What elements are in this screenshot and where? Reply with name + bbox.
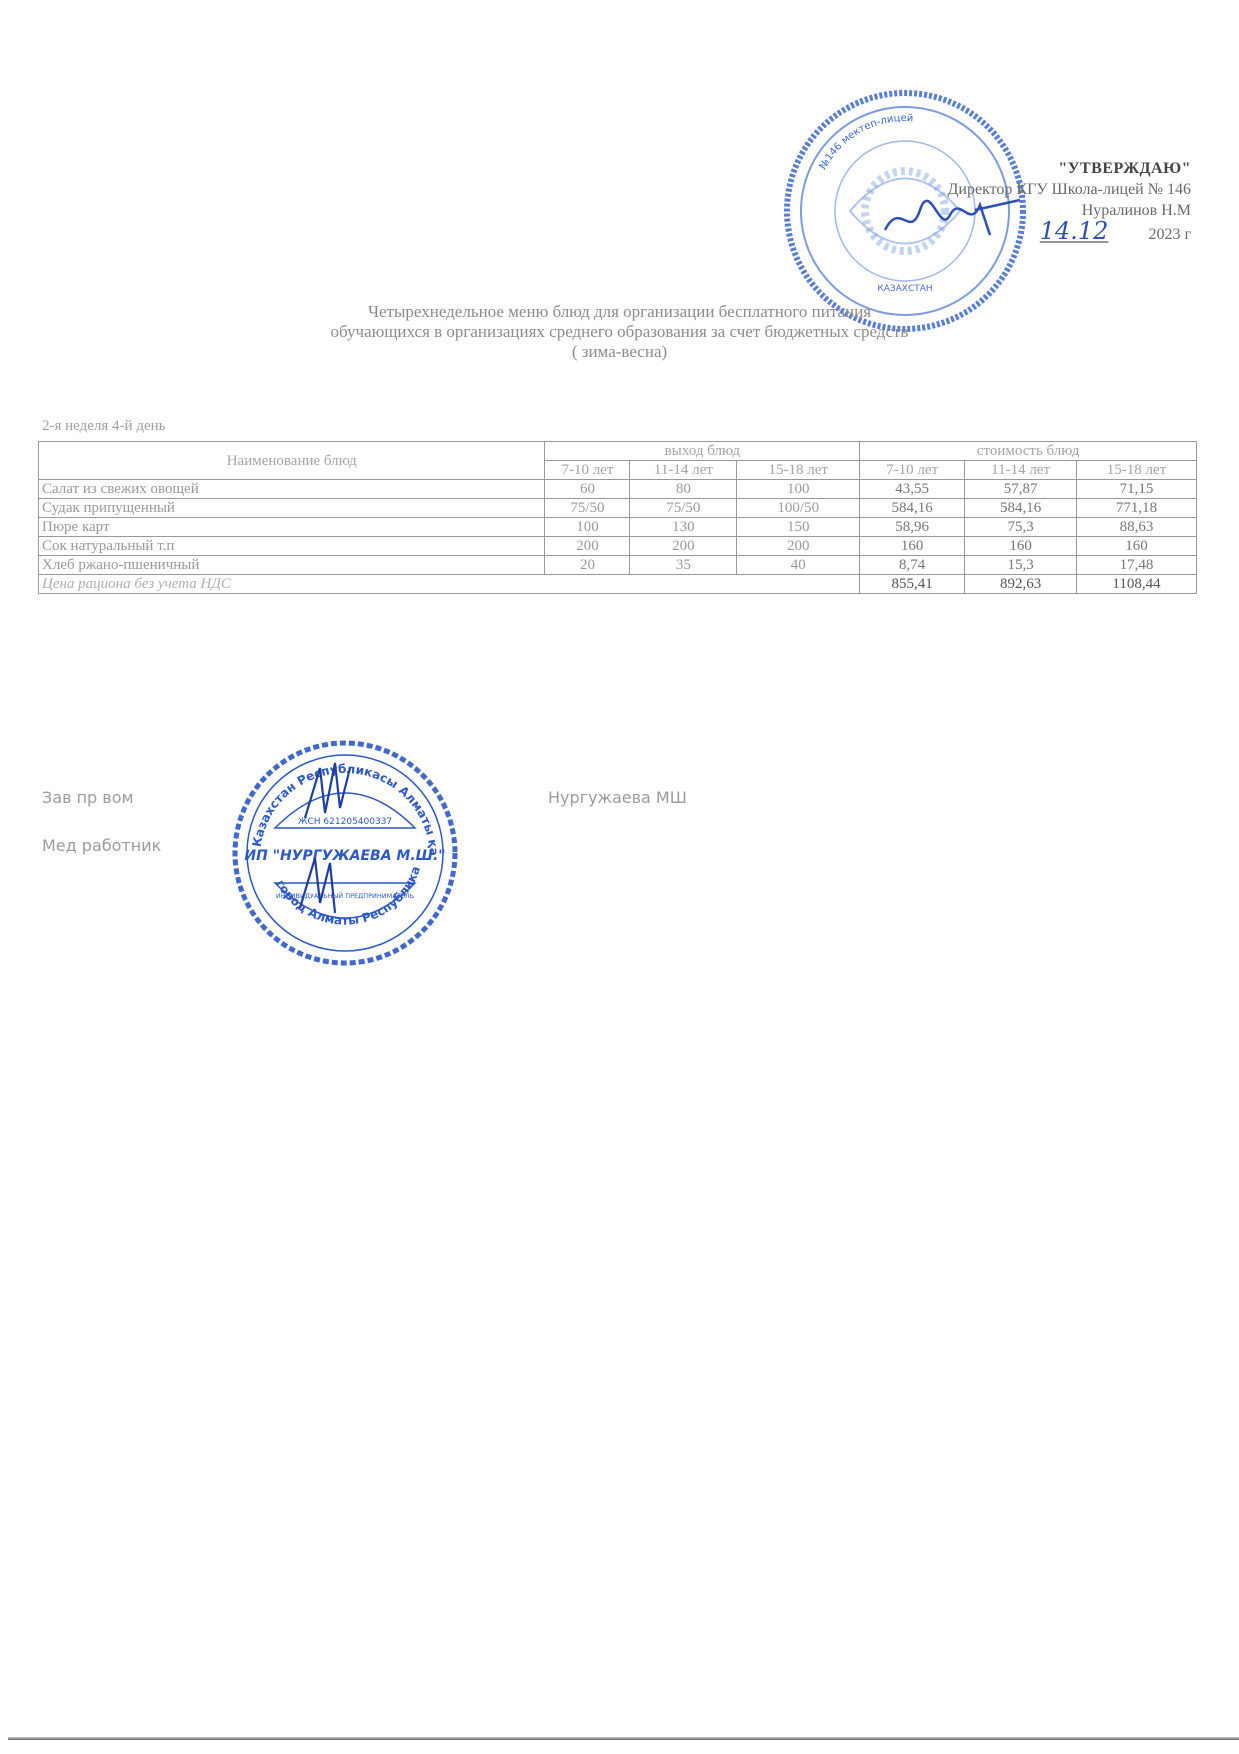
header-yield-age: 11-14 лет [630,461,737,480]
title-line-2: обучающихся в организациях среднего обра… [0,322,1239,342]
document-title: Четырехнедельное меню блюд для организац… [0,302,1239,362]
table-row: Салат из свежих овощей 60 80 100 43,55 5… [39,480,1197,499]
cost-cell: 75,3 [965,518,1077,537]
svg-text:ЖСН 621205400337: ЖСН 621205400337 [298,817,392,827]
yield-cell: 200 [630,537,737,556]
cost-cell: 88,63 [1077,518,1197,537]
yield-cell: 100 [737,480,860,499]
cost-cell: 71,15 [1077,480,1197,499]
dish-name: Салат из свежих овощей [39,480,545,499]
week-day-label: 2-я неделя 4-й день [42,418,166,435]
total-row: Цена рациона без учета НДС 855,41 892,63… [39,575,1197,594]
cost-cell: 43,55 [860,480,965,499]
svg-text:КАЗАХСТАН: КАЗАХСТАН [877,284,932,294]
total-cost-cell: 892,63 [965,575,1077,594]
cost-cell: 17,48 [1077,556,1197,575]
handwritten-date: 14.12 [1040,217,1109,245]
header-yield: выход блюд [545,442,860,461]
yield-cell: 130 [630,518,737,537]
medic-label: Мед работник [42,836,161,855]
yield-cell: 200 [545,537,630,556]
header-yield-age: 15-18 лет [737,461,860,480]
dish-name: Сок натуральный т.п [39,537,545,556]
cost-cell: 584,16 [965,499,1077,518]
svg-text:ИП "НУРГУЖАЕВА М.Ш.": ИП "НУРГУЖАЕВА М.Ш." [244,848,445,864]
header-yield-age: 7-10 лет [545,461,630,480]
approval-date: 14.12 2023 г [1040,221,1191,245]
dish-name: Судак припущенный [39,499,545,518]
page-bottom-edge [8,1737,1239,1740]
yield-cell: 75/50 [545,499,630,518]
table-row: Сок натуральный т.п 200 200 200 160 160 … [39,537,1197,556]
table-row: Хлеб ржано-пшеничный 20 35 40 8,74 15,3 … [39,556,1197,575]
ip-stamp: Казахстан Республикасы Алматы қаласы ЖСН… [230,738,460,968]
yield-cell: 150 [737,518,860,537]
title-line-3: ( зима-весна) [0,342,1239,362]
table-row: Пюре карт 100 130 150 58,96 75,3 88,63 [39,518,1197,537]
total-cost-cell: 855,41 [860,575,965,594]
yield-cell: 80 [630,480,737,499]
director-signature [880,190,1030,250]
yield-cell: 100/50 [737,499,860,518]
yield-cell: 20 [545,556,630,575]
menu-table: Наименование блюд выход блюд стоимость б… [38,441,1197,594]
approval-year: 2023 г [1148,226,1191,243]
table-row: Судак припущенный 75/50 75/50 100/50 584… [39,499,1197,518]
cost-cell: 8,74 [860,556,965,575]
dish-name: Хлеб ржано-пшеничный [39,556,545,575]
yield-cell: 35 [630,556,737,575]
cost-cell: 15,3 [965,556,1077,575]
cost-cell: 584,16 [860,499,965,518]
yield-cell: 60 [545,480,630,499]
yield-cell: 40 [737,556,860,575]
approval-title: "УТВЕРЖДАЮ" [947,158,1191,179]
cost-cell: 160 [1077,537,1197,556]
dish-name: Пюре карт [39,518,545,537]
cost-cell: 771,18 [1077,499,1197,518]
cost-cell: 58,96 [860,518,965,537]
cost-cell: 160 [860,537,965,556]
yield-cell: 100 [545,518,630,537]
yield-cell: 200 [737,537,860,556]
total-label: Цена рациона без учета НДС [39,575,860,594]
header-cost-age: 15-18 лет [1077,461,1197,480]
header-cost-age: 11-14 лет [965,461,1077,480]
total-cost-cell: 1108,44 [1077,575,1197,594]
production-head-label: Зав пр вом [42,788,134,807]
cost-cell: 57,87 [965,480,1077,499]
header-cost: стоимость блюд [860,442,1197,461]
header-dish-name: Наименование блюд [39,442,545,480]
title-line-1: Четырехнедельное меню блюд для организац… [0,302,1239,322]
yield-cell: 75/50 [630,499,737,518]
cost-cell: 160 [965,537,1077,556]
production-head-name: Нургужаева МШ [548,788,687,807]
table-header-row: Наименование блюд выход блюд стоимость б… [39,442,1197,461]
header-cost-age: 7-10 лет [860,461,965,480]
